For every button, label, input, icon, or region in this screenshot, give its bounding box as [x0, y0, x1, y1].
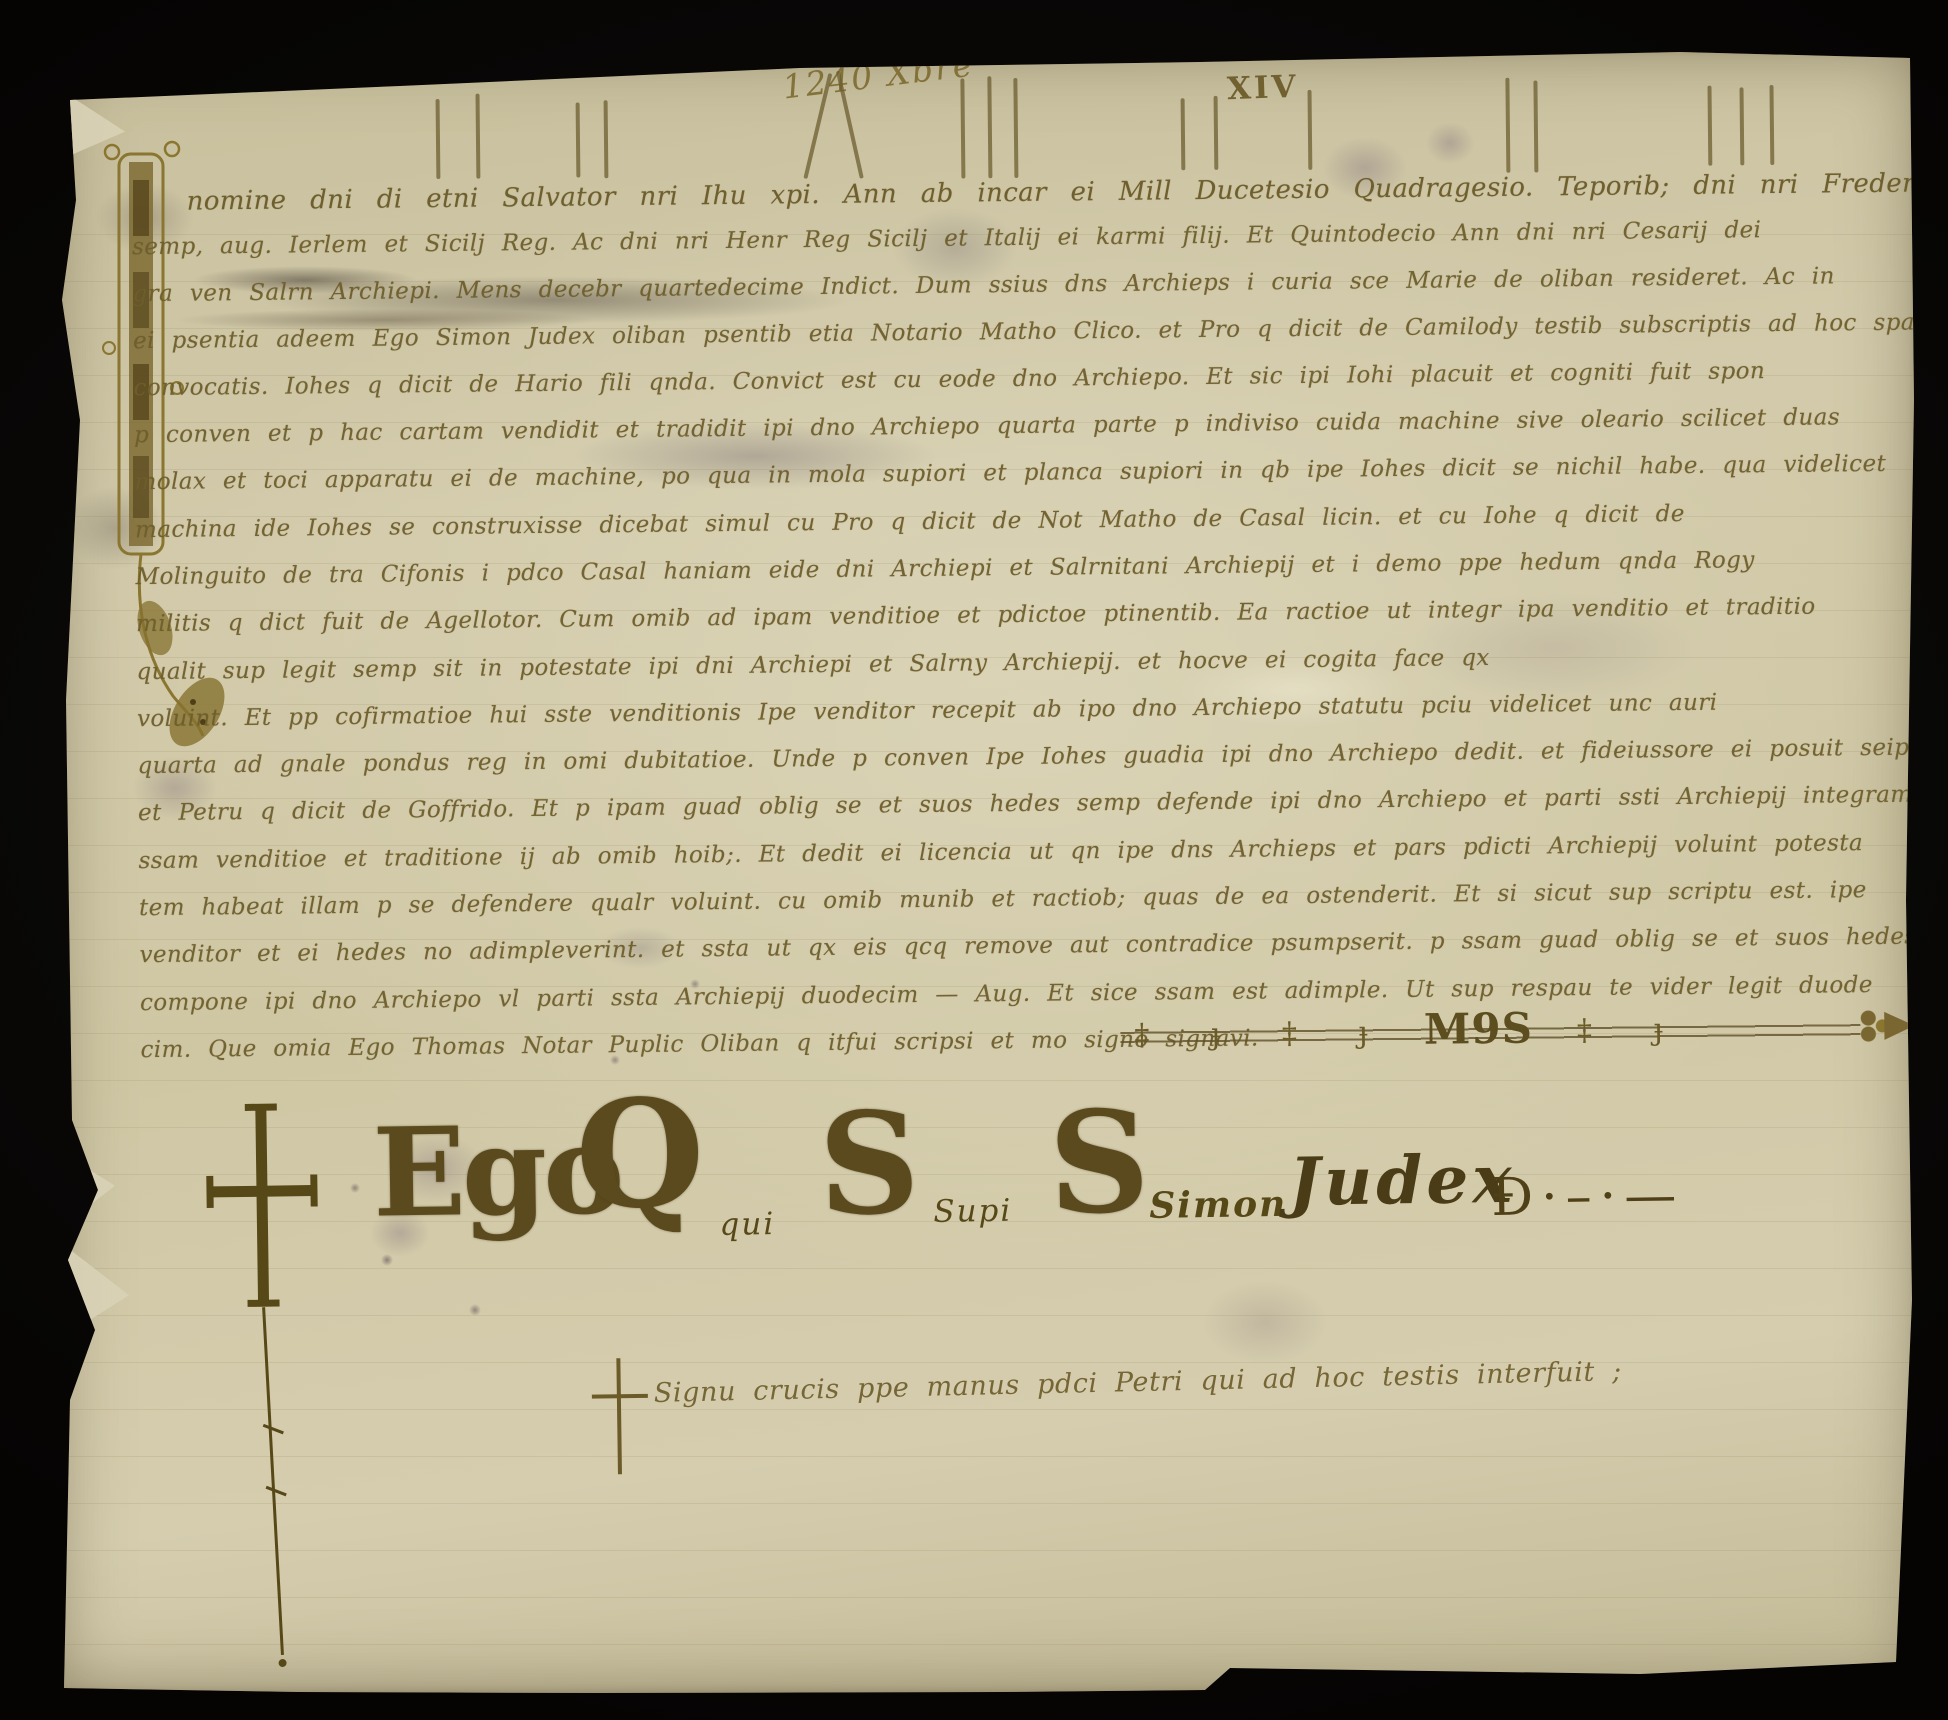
parchment-sheet: 1240 Xbre XIV — [55, 48, 1917, 1693]
signature-initial-supra: S — [818, 1094, 921, 1235]
judge-subscription-row: Ego Q qui S Supi S Simon Judex Ɖ·–·— Sig… — [55, 22, 1940, 1693]
witness-cross-icon — [585, 1352, 657, 1483]
signature-cross-icon — [195, 1094, 343, 1686]
signature-paraph: Ɖ·–·— — [1491, 1165, 1685, 1228]
photo-background: 1240 Xbre XIV — [0, 0, 1948, 1720]
signature-initial-qui: Q — [574, 1079, 705, 1229]
witness-cross-line: Signu crucis ppe manus pdci Petri qui ad… — [654, 1356, 1623, 1409]
signature-title-judex: Judex — [1288, 1140, 1516, 1221]
signature-word-supra: Supi — [933, 1193, 1012, 1230]
signature-word-qui: qui — [719, 1206, 775, 1243]
signature-initial-simon: S — [1048, 1093, 1151, 1234]
signature-name-simon: Simon — [1149, 1183, 1288, 1227]
